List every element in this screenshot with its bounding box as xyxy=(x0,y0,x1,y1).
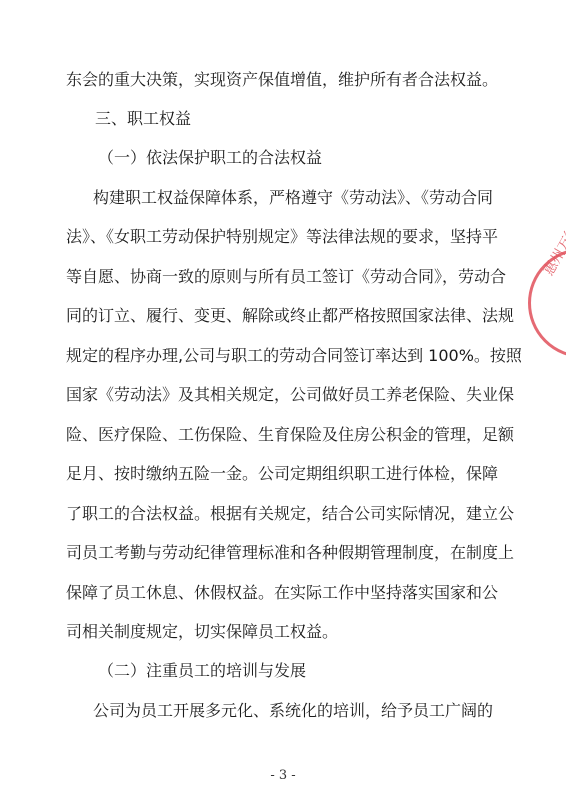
text-line-4: 构建职工权益保障体系，严格遵守《劳动法》、《劳动合同 xyxy=(93,188,451,208)
text-line-5: 法》、《女职工劳动保护特别规定》等法律法规的要求，坚持平 xyxy=(66,227,451,247)
text-line-17: 公司为员工开展多元化、系统化的培训，给予员工广阔的 xyxy=(93,701,451,721)
section-heading-employee-rights: 三、职工权益 xyxy=(95,109,480,129)
text-line-7: 同的订立、履行、变更、解除或终止都严格按照国家法律、法规 xyxy=(66,306,451,326)
text-line-8: 规定的程序办理,公司与职工的劳动合同签订率达到 100%。按照 xyxy=(66,346,451,366)
subsection-heading-1: （一）依法保护职工的合法权益 xyxy=(98,148,483,168)
text-line-1: 东会的重大决策，实现资产保值增值，维护所有者合法权益。 xyxy=(66,70,451,90)
page-number: - 3 - xyxy=(0,768,566,783)
text-line-10: 险、医疗保险、工伤保险、生育保险及住房公积金的管理，足额 xyxy=(66,425,451,445)
text-line-9: 国家《劳动法》及其相关规定，公司做好员工养老保险、失业保 xyxy=(66,385,451,405)
text-line-12: 了职工的合法权益。根据有关规定，结合公司实际情况，建立公 xyxy=(66,504,451,524)
text-line-15: 司相关制度规定，切实保障员工权益。 xyxy=(66,622,451,642)
text-line-6: 等自愿、协商一致的原则与所有员工签订《劳动合同》，劳动合 xyxy=(66,267,451,287)
text-line-11: 足月、按时缴纳五险一金。公司定期组织职工进行体检，保障 xyxy=(66,464,451,484)
text-line-13: 司员工考勤与劳动纪律管理标准和各种假期管理制度，在制度上 xyxy=(66,543,451,563)
document-page: 东会的重大决策，实现资产保值增值，维护所有者合法权益。 三、职工权益 （一）依法… xyxy=(0,0,566,800)
subsection-heading-2: （二）注重员工的培训与发展 xyxy=(98,661,483,681)
text-line-14: 保障了员工休息、休假权益。在实际工作中坚持落实国家和公 xyxy=(66,583,451,603)
